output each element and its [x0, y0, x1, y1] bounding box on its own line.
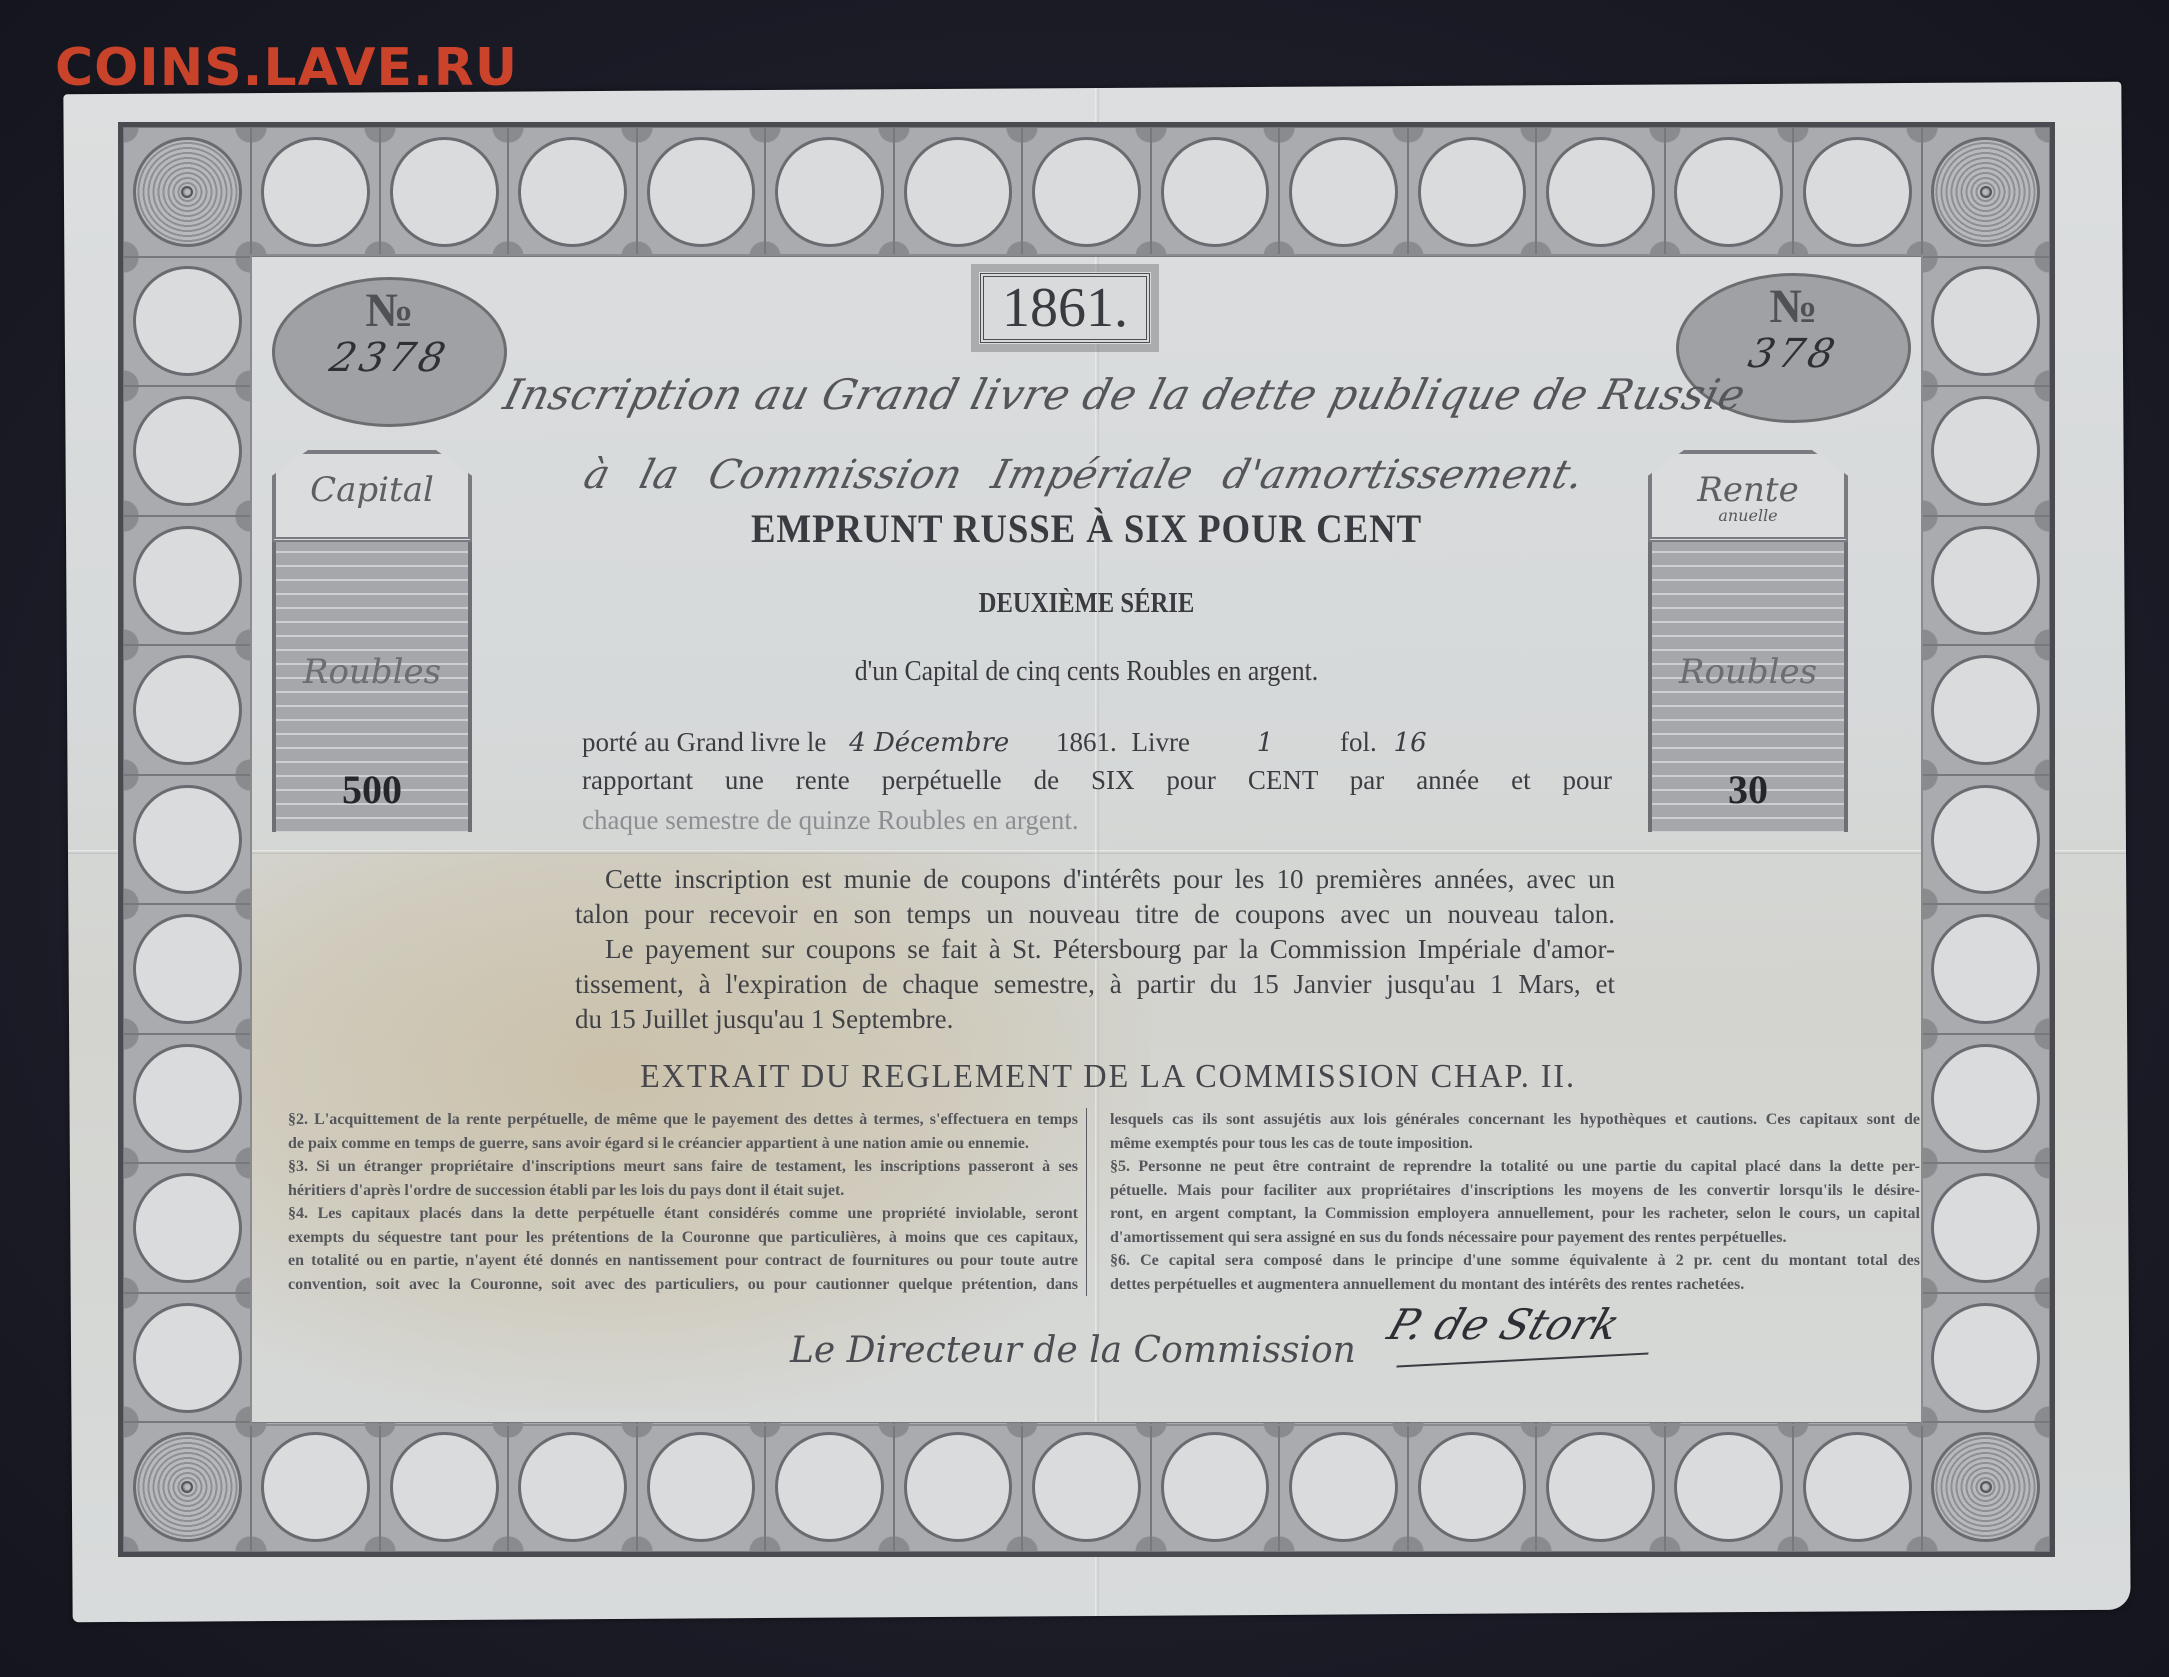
circle-icon [133, 655, 242, 765]
border-medallion [123, 257, 251, 387]
border-medallion [1922, 257, 2050, 387]
regulation-line: §4. Les capitaux placés dans la dette pe… [288, 1202, 1078, 1226]
registry-prefix: porté au Grand livre le [582, 727, 826, 757]
circle-icon [1931, 1044, 2040, 1154]
circle-icon [133, 1173, 242, 1283]
rosette-icon [133, 1432, 242, 1542]
headings-area: EMPRUNT RUSSE À SIX POUR CENT DEUXIÈME S… [250, 0, 1923, 1677]
regulation-line: même exemptés pour tous les cas de toute… [1110, 1132, 1920, 1156]
circle-icon [133, 914, 242, 1024]
regulation-line: §6. Ce capital sera composé dans le prin… [1110, 1249, 1920, 1273]
circle-icon [1931, 396, 2040, 506]
regulation-line: convention, soit avec la Couronne, soit … [288, 1273, 1078, 1297]
circle-icon [133, 785, 242, 895]
regulation-column-right: lesquels cas ils sont assujétis aux lois… [1110, 1108, 1920, 1296]
border-medallion [1922, 386, 2050, 516]
corner-rosette [1922, 1422, 2050, 1552]
director-signature-line: Le Directeur de la Commission [790, 1330, 1356, 1371]
border-medallion [123, 1163, 251, 1293]
capital-statement: d'un Capital de cinq cents Roubles en ar… [317, 656, 1856, 688]
circle-icon [1931, 526, 2040, 636]
border-medallion [123, 516, 251, 646]
site-watermark: COINS.LAVE.RU [55, 38, 518, 98]
regulation-line: lesquels cas ils sont assujétis aux lois… [1110, 1108, 1920, 1132]
circle-icon [133, 1303, 242, 1413]
circle-icon [133, 526, 242, 636]
semester-line: chaque semestre de quinze Roubles en arg… [582, 805, 1612, 836]
fol-label: fol. [1340, 727, 1377, 757]
rosette-icon [1931, 1432, 2040, 1542]
corner-rosette [123, 1422, 251, 1552]
condition-line: tissement, à l'expiration de chaque seme… [575, 967, 1615, 1002]
circle-icon [133, 1044, 242, 1154]
series-title: DEUXIÈME SÉRIE [350, 588, 1822, 620]
regulation-line: pétuelle. Mais pour faciliter aux propri… [1110, 1179, 1920, 1203]
conditions-paragraph: Cette inscription est munie de coupons d… [575, 862, 1615, 1037]
circle-icon [133, 396, 242, 506]
border-medallion [123, 1034, 251, 1164]
regulation-line: en totalité ou en partie, n'ayent été do… [288, 1249, 1078, 1273]
rosette-icon [133, 137, 242, 247]
border-medallion [123, 904, 251, 1034]
border-medallion [1922, 775, 2050, 905]
circle-icon [1931, 1173, 2040, 1283]
regulation-line: §5. Personne ne peut être contraint de r… [1110, 1155, 1920, 1179]
registry-date: 4 Décembre [849, 728, 1009, 758]
regulation-line: d'amortissement qui sera assigné en sus … [1110, 1226, 1920, 1250]
border-medallion [1922, 645, 2050, 775]
regulation-line: §3. Si un étranger propriétaire d'inscri… [288, 1155, 1078, 1179]
corner-rosette [123, 127, 251, 257]
condition-line: Cette inscription est munie de coupons d… [575, 862, 1615, 897]
regulation-line: §2. L'acquittement de la rente perpétuel… [288, 1108, 1078, 1132]
livre-value: 1 [1257, 728, 1274, 758]
loan-title: EMPRUNT RUSSE À SIX POUR CENT [317, 505, 1856, 552]
circle-icon [1931, 655, 2040, 765]
border-medallion [1922, 516, 2050, 646]
rosette-icon [1931, 137, 2040, 247]
corner-rosette [1922, 127, 2050, 257]
regulation-line: ront, en argent comptant, la Commission … [1110, 1202, 1920, 1226]
border-medallion [1922, 1293, 2050, 1423]
border-medallion [123, 775, 251, 905]
regulation-line: dettes perpétuelles et augmentera annuel… [1110, 1273, 1920, 1297]
circle-icon [1931, 785, 2040, 895]
circle-icon [133, 266, 242, 376]
condition-line: talon pour recevoir en son temps un nouv… [575, 897, 1615, 932]
border-medallion [1922, 1034, 2050, 1164]
rente-line: rapportant une rente perpétuelle de SIX … [582, 765, 1612, 796]
regulation-extract-title: EXTRAIT DU REGLEMENT DE LA COMMISSION CH… [576, 1058, 1640, 1096]
border-medallion [1922, 1163, 2050, 1293]
border-medallion [123, 645, 251, 775]
border-medallion [123, 1293, 251, 1423]
condition-line: Le payement sur coupons se fait à St. Pé… [575, 932, 1615, 967]
registry-year: 1861. [1056, 727, 1117, 757]
border-medallion [1922, 904, 2050, 1034]
livre-label: Livre [1132, 727, 1190, 757]
circle-icon [1931, 914, 2040, 1024]
regulation-column-left: §2. L'acquittement de la rente perpétuel… [288, 1108, 1087, 1296]
regulation-line: de paix comme en temps de guerre, sans a… [288, 1132, 1078, 1156]
condition-line: du 15 Juillet jusqu'au 1 Septembre. [575, 1002, 1615, 1037]
fol-value: 16 [1394, 728, 1427, 758]
border-medallion [123, 386, 251, 516]
registry-line: porté au Grand livre le 4 Décembre 1861.… [582, 727, 1612, 758]
director-signature: P. de Stork [1382, 1300, 1626, 1349]
circle-icon [1931, 1303, 2040, 1413]
regulation-line: héritiers d'après l'ordre de succession … [288, 1179, 1078, 1203]
regulation-line: exempts du séquestre tant pour les préte… [288, 1226, 1078, 1250]
circle-icon [1931, 266, 2040, 376]
